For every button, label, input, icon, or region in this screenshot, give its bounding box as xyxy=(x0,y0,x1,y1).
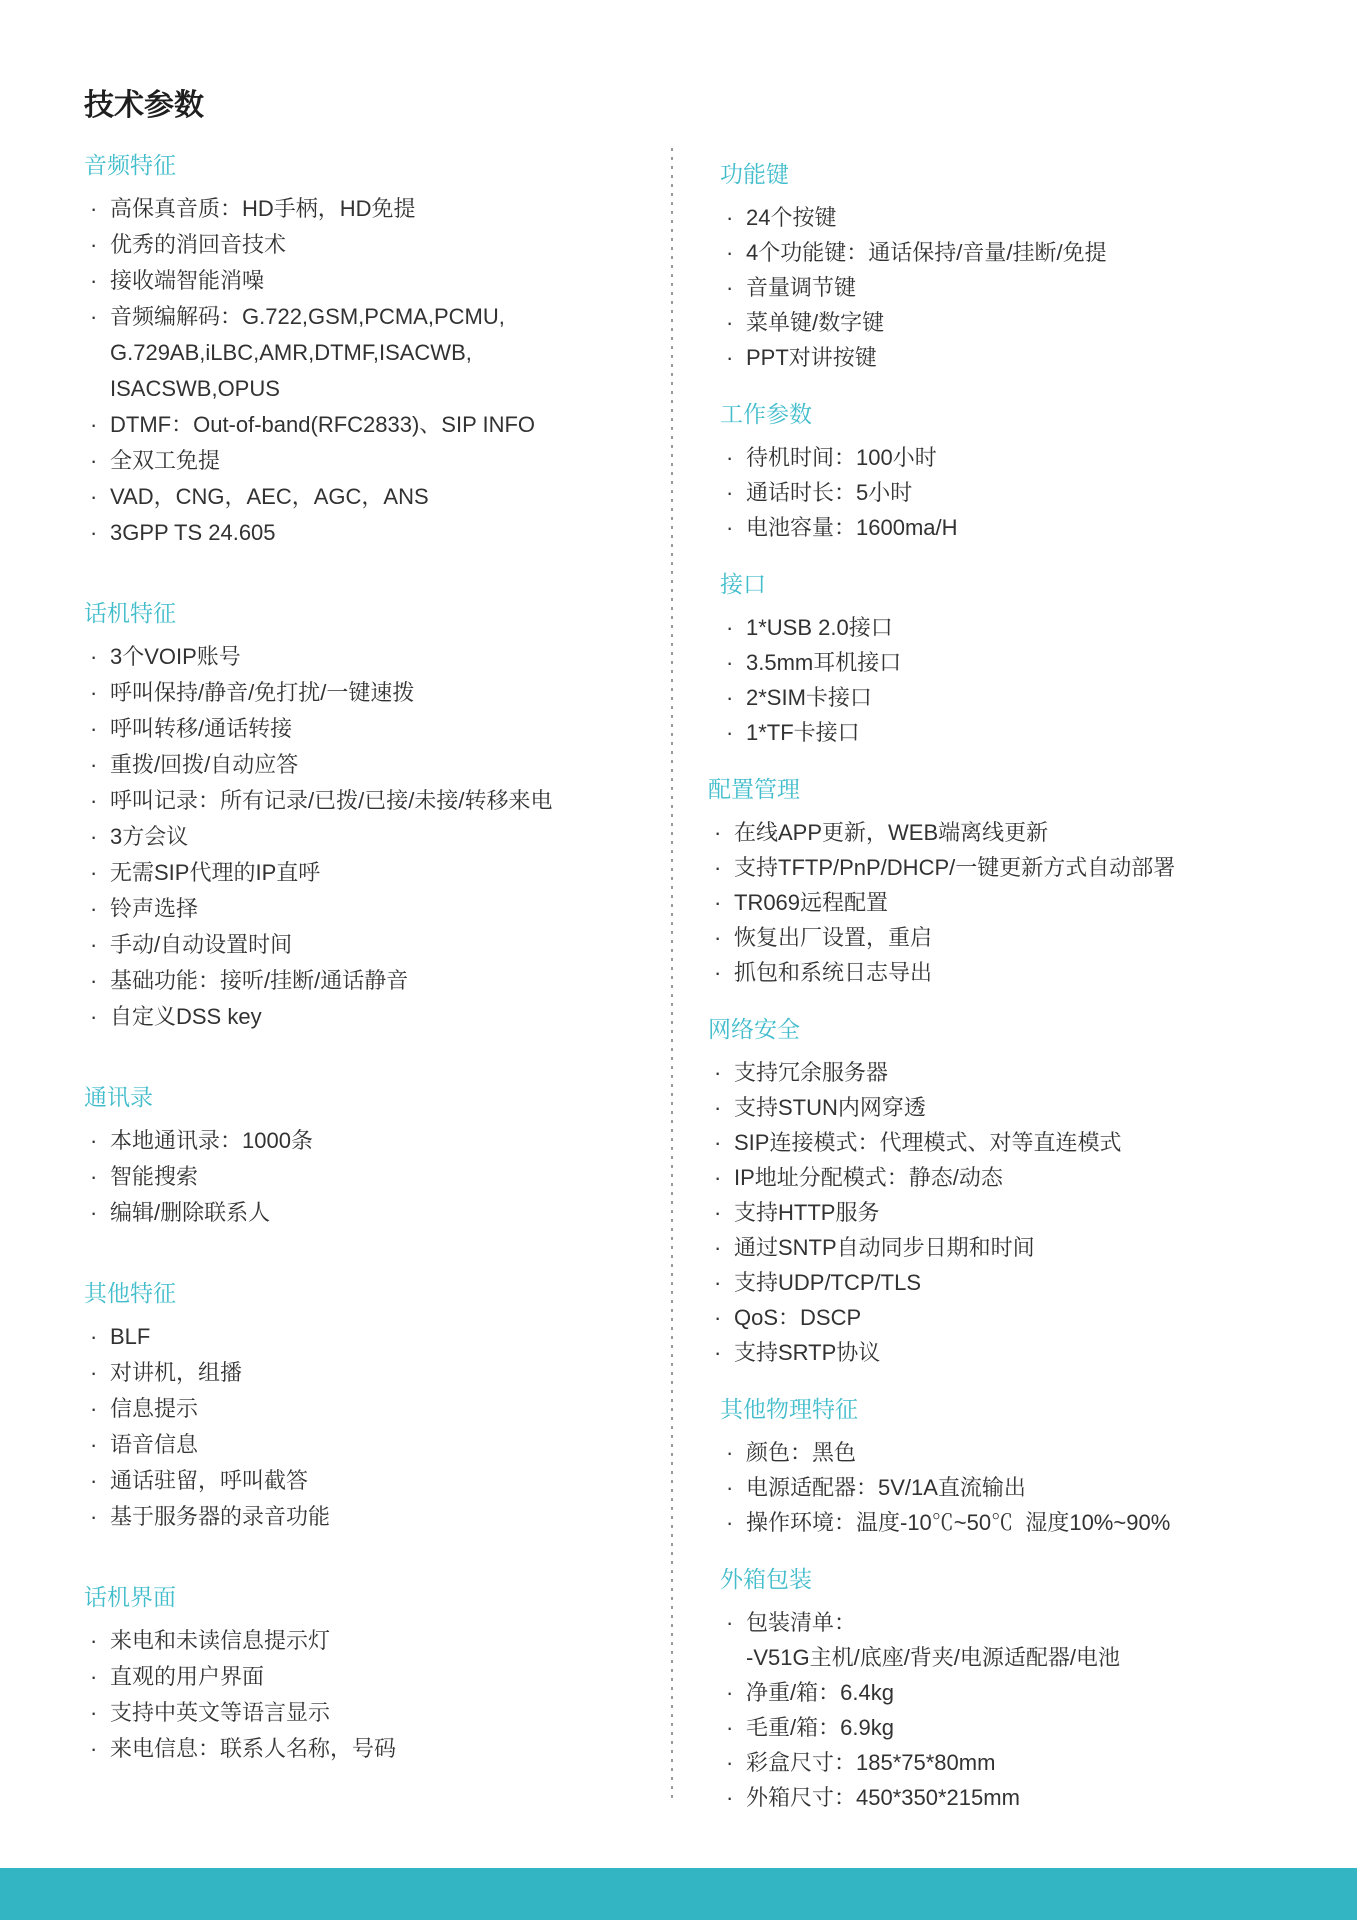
section-header: 配置管理 xyxy=(708,772,1345,806)
spec-item: ·重拨/回拨/自动应答 xyxy=(84,747,684,783)
spec-item-text: 编辑/删除联系人 xyxy=(110,1200,270,1225)
spec-item-text: 来电和未读信息提示灯 xyxy=(110,1628,330,1653)
spec-item: ·呼叫记录：所有记录/已拨/已接/未接/转移来电 xyxy=(84,783,684,819)
spec-item: ·VAD，CNG，AEC，AGC，ANS xyxy=(84,479,684,515)
spec-item-text: 3.5mm耳机接口 xyxy=(746,650,901,675)
bullet-icon: · xyxy=(726,1605,746,1640)
bullet-icon: · xyxy=(714,850,734,885)
spec-item-text: 接收端智能消噪 xyxy=(110,268,264,293)
section-header: 话机特征 xyxy=(84,597,684,629)
spec-item-text: 高保真音质：HD手柄，HD免提 xyxy=(110,196,416,221)
bullet-icon: · xyxy=(90,1427,110,1463)
spec-item: ·待机时间：100小时 xyxy=(720,440,1345,475)
bullet-icon: · xyxy=(726,1470,746,1505)
spec-item: ·优秀的消回音技术 xyxy=(84,227,684,263)
spec-item-text: 4个功能键：通话保持/音量/挂断/免提 xyxy=(746,240,1107,265)
bullet-icon: · xyxy=(90,1499,110,1535)
spec-item-text: 重拨/回拨/自动应答 xyxy=(110,752,298,777)
bullet-icon: · xyxy=(726,305,746,340)
bullet-icon: · xyxy=(90,855,110,891)
spec-item-text: 来电信息：联系人名称，号码 xyxy=(110,1736,396,1761)
bullet-icon: · xyxy=(90,639,110,675)
spec-item: ·来电和未读信息提示灯 xyxy=(84,1623,684,1659)
spec-item: ·通话时长：5小时 xyxy=(720,475,1345,510)
spec-item: ·BLF xyxy=(84,1319,684,1355)
spec-item: ·基于服务器的录音功能 xyxy=(84,1499,684,1535)
spec-item-text: 在线APP更新，WEB端离线更新 xyxy=(734,820,1048,845)
bullet-icon: · xyxy=(90,963,110,999)
spec-item: G.729AB,iLBC,AMR,DTMF,ISACWB, xyxy=(84,335,684,371)
spec-item-text: 通话时长：5小时 xyxy=(746,480,912,505)
bottom-accent-bar xyxy=(0,1868,1357,1920)
spec-section: 其他特征·BLF·对讲机，组播·信息提示·语音信息·通话驻留，呼叫截答·基于服务… xyxy=(84,1277,684,1535)
spec-item: ·操作环境：温度-10℃~50℃ 湿度10%~90% xyxy=(720,1505,1345,1540)
bullet-icon: · xyxy=(714,955,734,990)
spec-item-text: 自定义DSS key xyxy=(110,1004,262,1029)
spec-item-text: ISACSWB,OPUS xyxy=(110,376,280,401)
bullet-icon: · xyxy=(726,475,746,510)
spec-item-text: 呼叫转移/通话转接 xyxy=(110,716,292,741)
spec-item: ·高保真音质：HD手柄，HD免提 xyxy=(84,191,684,227)
spec-item: ·24个按键 xyxy=(720,200,1345,235)
spec-item: ·信息提示 xyxy=(84,1391,684,1427)
spec-item-text: 优秀的消回音技术 xyxy=(110,232,286,257)
spec-item: ·颜色：黑色 xyxy=(720,1435,1345,1470)
spec-section: 音频特征·高保真音质：HD手柄，HD免提·优秀的消回音技术·接收端智能消噪·音频… xyxy=(84,149,684,551)
spec-item: ·支持冗余服务器 xyxy=(708,1055,1345,1090)
spec-item-text: 信息提示 xyxy=(110,1396,198,1421)
spec-item-text: DTMF：Out-of-band(RFC2833)、SIP INFO xyxy=(110,412,535,437)
spec-item-text: -V51G主机/底座/背夹/电源适配器/电池 xyxy=(746,1645,1120,1670)
section-header: 功能键 xyxy=(720,157,1345,191)
bullet-icon: · xyxy=(90,515,110,551)
bullet-icon: · xyxy=(90,891,110,927)
bullet-icon: · xyxy=(90,1391,110,1427)
spec-item-text: 1*TF卡接口 xyxy=(746,720,860,745)
section-header: 话机界面 xyxy=(84,1581,684,1613)
spec-item: ·SIP连接模式：代理模式、对等直连模式 xyxy=(708,1125,1345,1160)
spec-item-text: IP地址分配模式：静态/动态 xyxy=(734,1165,1003,1190)
spec-item: ·3GPP TS 24.605 xyxy=(84,515,684,551)
spec-section: 其他物理特征·颜色：黑色·电源适配器：5V/1A直流输出·操作环境：温度-10℃… xyxy=(720,1392,1345,1540)
spec-item-text: 待机时间：100小时 xyxy=(746,445,937,470)
spec-item: ·1*TF卡接口 xyxy=(720,715,1345,750)
bullet-icon: · xyxy=(726,1710,746,1745)
spec-item: ·接收端智能消噪 xyxy=(84,263,684,299)
spec-item: ·IP地址分配模式：静态/动态 xyxy=(708,1160,1345,1195)
spec-item: ·3方会议 xyxy=(84,819,684,855)
spec-item: ·DTMF：Out-of-band(RFC2833)、SIP INFO xyxy=(84,407,684,443)
bullet-icon: · xyxy=(726,270,746,305)
spec-item-text: 外箱尺寸：450*350*215mm xyxy=(746,1785,1020,1810)
spec-item: ·TR069远程配置 xyxy=(708,885,1345,920)
spec-item-text: 通话驻留，呼叫截答 xyxy=(110,1468,308,1493)
spec-item-text: 呼叫记录：所有记录/已拨/已接/未接/转移来电 xyxy=(110,788,552,813)
bullet-icon: · xyxy=(90,299,110,335)
spec-item-text: 音量调节键 xyxy=(746,275,856,300)
spec-item-text: 基础功能：接听/挂断/通话静音 xyxy=(110,968,408,993)
bullet-icon: · xyxy=(726,1505,746,1540)
spec-item: ·毛重/箱：6.9kg xyxy=(720,1710,1345,1745)
spec-item-text: 24个按键 xyxy=(746,205,836,230)
spec-item-text: 恢复出厂设置，重启 xyxy=(734,925,932,950)
bullet-icon: · xyxy=(90,1695,110,1731)
bullet-icon: · xyxy=(714,1300,734,1335)
spec-item-text: 包装清单： xyxy=(746,1610,856,1635)
bullet-icon: · xyxy=(90,1123,110,1159)
spec-item-text: 2*SIM卡接口 xyxy=(746,685,872,710)
bullet-icon: · xyxy=(90,1623,110,1659)
spec-item: ISACSWB,OPUS xyxy=(84,371,684,407)
spec-item-text: 菜单键/数字键 xyxy=(746,310,884,335)
spec-item: ·支持SRTP协议 xyxy=(708,1335,1345,1370)
spec-item: ·语音信息 xyxy=(84,1427,684,1463)
spec-item: ·自定义DSS key xyxy=(84,999,684,1035)
spec-item-text: 3GPP TS 24.605 xyxy=(110,520,276,545)
bullet-icon: · xyxy=(90,999,110,1035)
bullet-icon: · xyxy=(726,1745,746,1780)
page-title: 技术参数 xyxy=(84,86,204,126)
section-header: 通讯录 xyxy=(84,1081,684,1113)
bullet-icon: · xyxy=(90,443,110,479)
spec-item-text: 3个VOIP账号 xyxy=(110,644,241,669)
bullet-icon: · xyxy=(714,920,734,955)
spec-item-text: 3方会议 xyxy=(110,824,188,849)
bullet-icon: · xyxy=(714,1195,734,1230)
bullet-icon: · xyxy=(726,1780,746,1815)
spec-item: ·对讲机，组播 xyxy=(84,1355,684,1391)
bullet-icon: · xyxy=(714,1335,734,1370)
bullet-icon: · xyxy=(90,927,110,963)
spec-item: ·电池容量：1600ma/H xyxy=(720,510,1345,545)
spec-section: 话机界面·来电和未读信息提示灯·直观的用户界面·支持中英文等语言显示·来电信息：… xyxy=(84,1581,684,1767)
spec-item-text: 颜色：黑色 xyxy=(746,1440,856,1465)
bullet-icon: · xyxy=(726,235,746,270)
spec-item: ·菜单键/数字键 xyxy=(720,305,1345,340)
spec-item-text: 净重/箱：6.4kg xyxy=(746,1680,894,1705)
spec-item-text: 基于服务器的录音功能 xyxy=(110,1504,330,1529)
spec-item-text: 智能搜索 xyxy=(110,1164,198,1189)
spec-section: 功能键·24个按键·4个功能键：通话保持/音量/挂断/免提·音量调节键·菜单键/… xyxy=(720,157,1345,375)
spec-item-text: SIP连接模式：代理模式、对等直连模式 xyxy=(734,1130,1121,1155)
bullet-icon: · xyxy=(726,1435,746,1470)
spec-item: -V51G主机/底座/背夹/电源适配器/电池 xyxy=(720,1640,1345,1675)
section-header: 工作参数 xyxy=(720,397,1345,431)
bullet-icon: · xyxy=(714,815,734,850)
spec-item: ·2*SIM卡接口 xyxy=(720,680,1345,715)
spec-item: ·QoS：DSCP xyxy=(708,1300,1345,1335)
spec-item-text: 支持HTTP服务 xyxy=(734,1200,879,1225)
spec-item: ·音频编解码：G.722,GSM,PCMA,PCMU, xyxy=(84,299,684,335)
bullet-icon: · xyxy=(726,510,746,545)
section-header: 音频特征 xyxy=(84,149,684,181)
spec-item: ·4个功能键：通话保持/音量/挂断/免提 xyxy=(720,235,1345,270)
spec-item-text: G.729AB,iLBC,AMR,DTMF,ISACWB, xyxy=(110,340,472,365)
spec-item: ·支持TFTP/PnP/DHCP/一键更新方式自动部署 xyxy=(708,850,1345,885)
spec-section: 配置管理·在线APP更新，WEB端离线更新·支持TFTP/PnP/DHCP/一键… xyxy=(708,772,1345,990)
spec-section: 通讯录·本地通讯录：1000条·智能搜索·编辑/删除联系人 xyxy=(84,1081,684,1231)
spec-item: ·通话驻留，呼叫截答 xyxy=(84,1463,684,1499)
bullet-icon: · xyxy=(90,1159,110,1195)
spec-item: ·3个VOIP账号 xyxy=(84,639,684,675)
spec-item-text: 支持UDP/TCP/TLS xyxy=(734,1270,921,1295)
spec-item-text: PPT对讲按键 xyxy=(746,345,877,370)
spec-item: ·本地通讯录：1000条 xyxy=(84,1123,684,1159)
spec-item-text: 铃声选择 xyxy=(110,896,198,921)
bullet-icon: · xyxy=(90,407,110,443)
spec-item: ·3.5mm耳机接口 xyxy=(720,645,1345,680)
bullet-icon: · xyxy=(90,1195,110,1231)
spec-item-text: 电池容量：1600ma/H xyxy=(746,515,958,540)
spec-item: ·全双工免提 xyxy=(84,443,684,479)
spec-section: 网络安全·支持冗余服务器·支持STUN内网穿透·SIP连接模式：代理模式、对等直… xyxy=(708,1012,1345,1370)
spec-item: ·彩盒尺寸：185*75*80mm xyxy=(720,1745,1345,1780)
spec-item: ·支持STUN内网穿透 xyxy=(708,1090,1345,1125)
bullet-icon: · xyxy=(90,711,110,747)
bullet-icon: · xyxy=(90,1659,110,1695)
bullet-icon: · xyxy=(90,263,110,299)
spec-item: ·支持UDP/TCP/TLS xyxy=(708,1265,1345,1300)
spec-item-text: 无需SIP代理的IP直呼 xyxy=(110,860,320,885)
spec-item: ·直观的用户界面 xyxy=(84,1659,684,1695)
spec-item-text: 支持STUN内网穿透 xyxy=(734,1095,926,1120)
spec-item-text: 本地通讯录：1000条 xyxy=(110,1128,313,1153)
bullet-icon: · xyxy=(90,227,110,263)
spec-section: 工作参数·待机时间：100小时·通话时长：5小时·电池容量：1600ma/H xyxy=(720,397,1345,545)
bullet-icon: · xyxy=(726,1675,746,1710)
spec-item: ·外箱尺寸：450*350*215mm xyxy=(720,1780,1345,1815)
spec-item-text: QoS：DSCP xyxy=(734,1305,861,1330)
spec-item: ·1*USB 2.0接口 xyxy=(720,610,1345,645)
bullet-icon: · xyxy=(714,1160,734,1195)
bullet-icon: · xyxy=(726,680,746,715)
bullet-icon: · xyxy=(726,340,746,375)
spec-item-text: 支持中英文等语言显示 xyxy=(110,1700,330,1725)
spec-item-text: 1*USB 2.0接口 xyxy=(746,615,893,640)
left-column: 音频特征·高保真音质：HD手柄，HD免提·优秀的消回音技术·接收端智能消噪·音频… xyxy=(84,149,684,1767)
spec-item-text: 支持冗余服务器 xyxy=(734,1060,888,1085)
bullet-icon: · xyxy=(726,440,746,475)
spec-item: ·呼叫保持/静音/免打扰/一键速拨 xyxy=(84,675,684,711)
spec-item-text: 通过SNTP自动同步日期和时间 xyxy=(734,1235,1035,1260)
spec-item: ·抓包和系统日志导出 xyxy=(708,955,1345,990)
bullet-icon: · xyxy=(726,645,746,680)
bullet-icon: · xyxy=(714,1265,734,1300)
spec-item-text: 直观的用户界面 xyxy=(110,1664,264,1689)
bullet-icon: · xyxy=(90,675,110,711)
right-column: 功能键·24个按键·4个功能键：通话保持/音量/挂断/免提·音量调节键·菜单键/… xyxy=(720,157,1345,1815)
spec-section: 接口·1*USB 2.0接口·3.5mm耳机接口·2*SIM卡接口·1*TF卡接… xyxy=(720,567,1345,750)
bullet-icon: · xyxy=(714,1125,734,1160)
spec-sheet-page: 技术参数 音频特征·高保真音质：HD手柄，HD免提·优秀的消回音技术·接收端智能… xyxy=(0,0,1357,1920)
spec-item-text: 语音信息 xyxy=(110,1432,198,1457)
spec-item-text: 操作环境：温度-10℃~50℃ 湿度10%~90% xyxy=(746,1510,1170,1535)
spec-item: ·电源适配器：5V/1A直流输出 xyxy=(720,1470,1345,1505)
spec-item-text: 全双工免提 xyxy=(110,448,220,473)
spec-item-text: 音频编解码：G.722,GSM,PCMA,PCMU, xyxy=(110,304,505,329)
bullet-icon: · xyxy=(714,1055,734,1090)
spec-item-text: 抓包和系统日志导出 xyxy=(734,960,932,985)
spec-item: ·无需SIP代理的IP直呼 xyxy=(84,855,684,891)
spec-item: ·手动/自动设置时间 xyxy=(84,927,684,963)
section-header: 外箱包装 xyxy=(720,1562,1345,1596)
spec-item: ·支持中英文等语言显示 xyxy=(84,1695,684,1731)
spec-item: ·智能搜索 xyxy=(84,1159,684,1195)
spec-item: ·编辑/删除联系人 xyxy=(84,1195,684,1231)
bullet-icon: · xyxy=(90,1463,110,1499)
bullet-icon: · xyxy=(714,885,734,920)
bullet-icon: · xyxy=(90,1731,110,1767)
spec-item: ·PPT对讲按键 xyxy=(720,340,1345,375)
bullet-icon: · xyxy=(90,191,110,227)
spec-item-text: TR069远程配置 xyxy=(734,890,888,915)
spec-item-text: 电源适配器：5V/1A直流输出 xyxy=(746,1475,1026,1500)
spec-item: ·净重/箱：6.4kg xyxy=(720,1675,1345,1710)
spec-section: 话机特征·3个VOIP账号·呼叫保持/静音/免打扰/一键速拨·呼叫转移/通话转接… xyxy=(84,597,684,1035)
bullet-icon: · xyxy=(90,1355,110,1391)
spec-item: ·恢复出厂设置，重启 xyxy=(708,920,1345,955)
bullet-icon: · xyxy=(90,747,110,783)
spec-item: ·铃声选择 xyxy=(84,891,684,927)
spec-item: ·呼叫转移/通话转接 xyxy=(84,711,684,747)
spec-item: ·来电信息：联系人名称，号码 xyxy=(84,1731,684,1767)
spec-item-text: 手动/自动设置时间 xyxy=(110,932,292,957)
bullet-icon: · xyxy=(90,819,110,855)
spec-item-text: 毛重/箱：6.9kg xyxy=(746,1715,894,1740)
spec-item: ·基础功能：接听/挂断/通话静音 xyxy=(84,963,684,999)
bullet-icon: · xyxy=(726,610,746,645)
bullet-icon: · xyxy=(714,1230,734,1265)
bullet-icon: · xyxy=(90,1319,110,1355)
section-header: 其他物理特征 xyxy=(720,1392,1345,1426)
spec-item-text: 呼叫保持/静音/免打扰/一键速拨 xyxy=(110,680,414,705)
spec-item: ·通过SNTP自动同步日期和时间 xyxy=(708,1230,1345,1265)
spec-section: 外箱包装·包装清单：-V51G主机/底座/背夹/电源适配器/电池·净重/箱：6.… xyxy=(720,1562,1345,1815)
bullet-icon: · xyxy=(714,1090,734,1125)
spec-item: ·包装清单： xyxy=(720,1605,1345,1640)
spec-item-text: 对讲机，组播 xyxy=(110,1360,242,1385)
spec-item: ·音量调节键 xyxy=(720,270,1345,305)
spec-item-text: 支持TFTP/PnP/DHCP/一键更新方式自动部署 xyxy=(734,855,1175,880)
section-header: 网络安全 xyxy=(708,1012,1345,1046)
spec-item: ·在线APP更新，WEB端离线更新 xyxy=(708,815,1345,850)
spec-item-text: 支持SRTP协议 xyxy=(734,1340,880,1365)
bullet-icon: · xyxy=(726,715,746,750)
spec-item-text: 彩盒尺寸：185*75*80mm xyxy=(746,1750,995,1775)
spec-item-text: VAD，CNG，AEC，AGC，ANS xyxy=(110,484,429,509)
spec-item: ·支持HTTP服务 xyxy=(708,1195,1345,1230)
section-header: 其他特征 xyxy=(84,1277,684,1309)
section-header: 接口 xyxy=(720,567,1345,601)
bullet-icon: · xyxy=(90,479,110,515)
bullet-icon: · xyxy=(90,783,110,819)
spec-item-text: BLF xyxy=(110,1324,150,1349)
bullet-icon: · xyxy=(726,200,746,235)
